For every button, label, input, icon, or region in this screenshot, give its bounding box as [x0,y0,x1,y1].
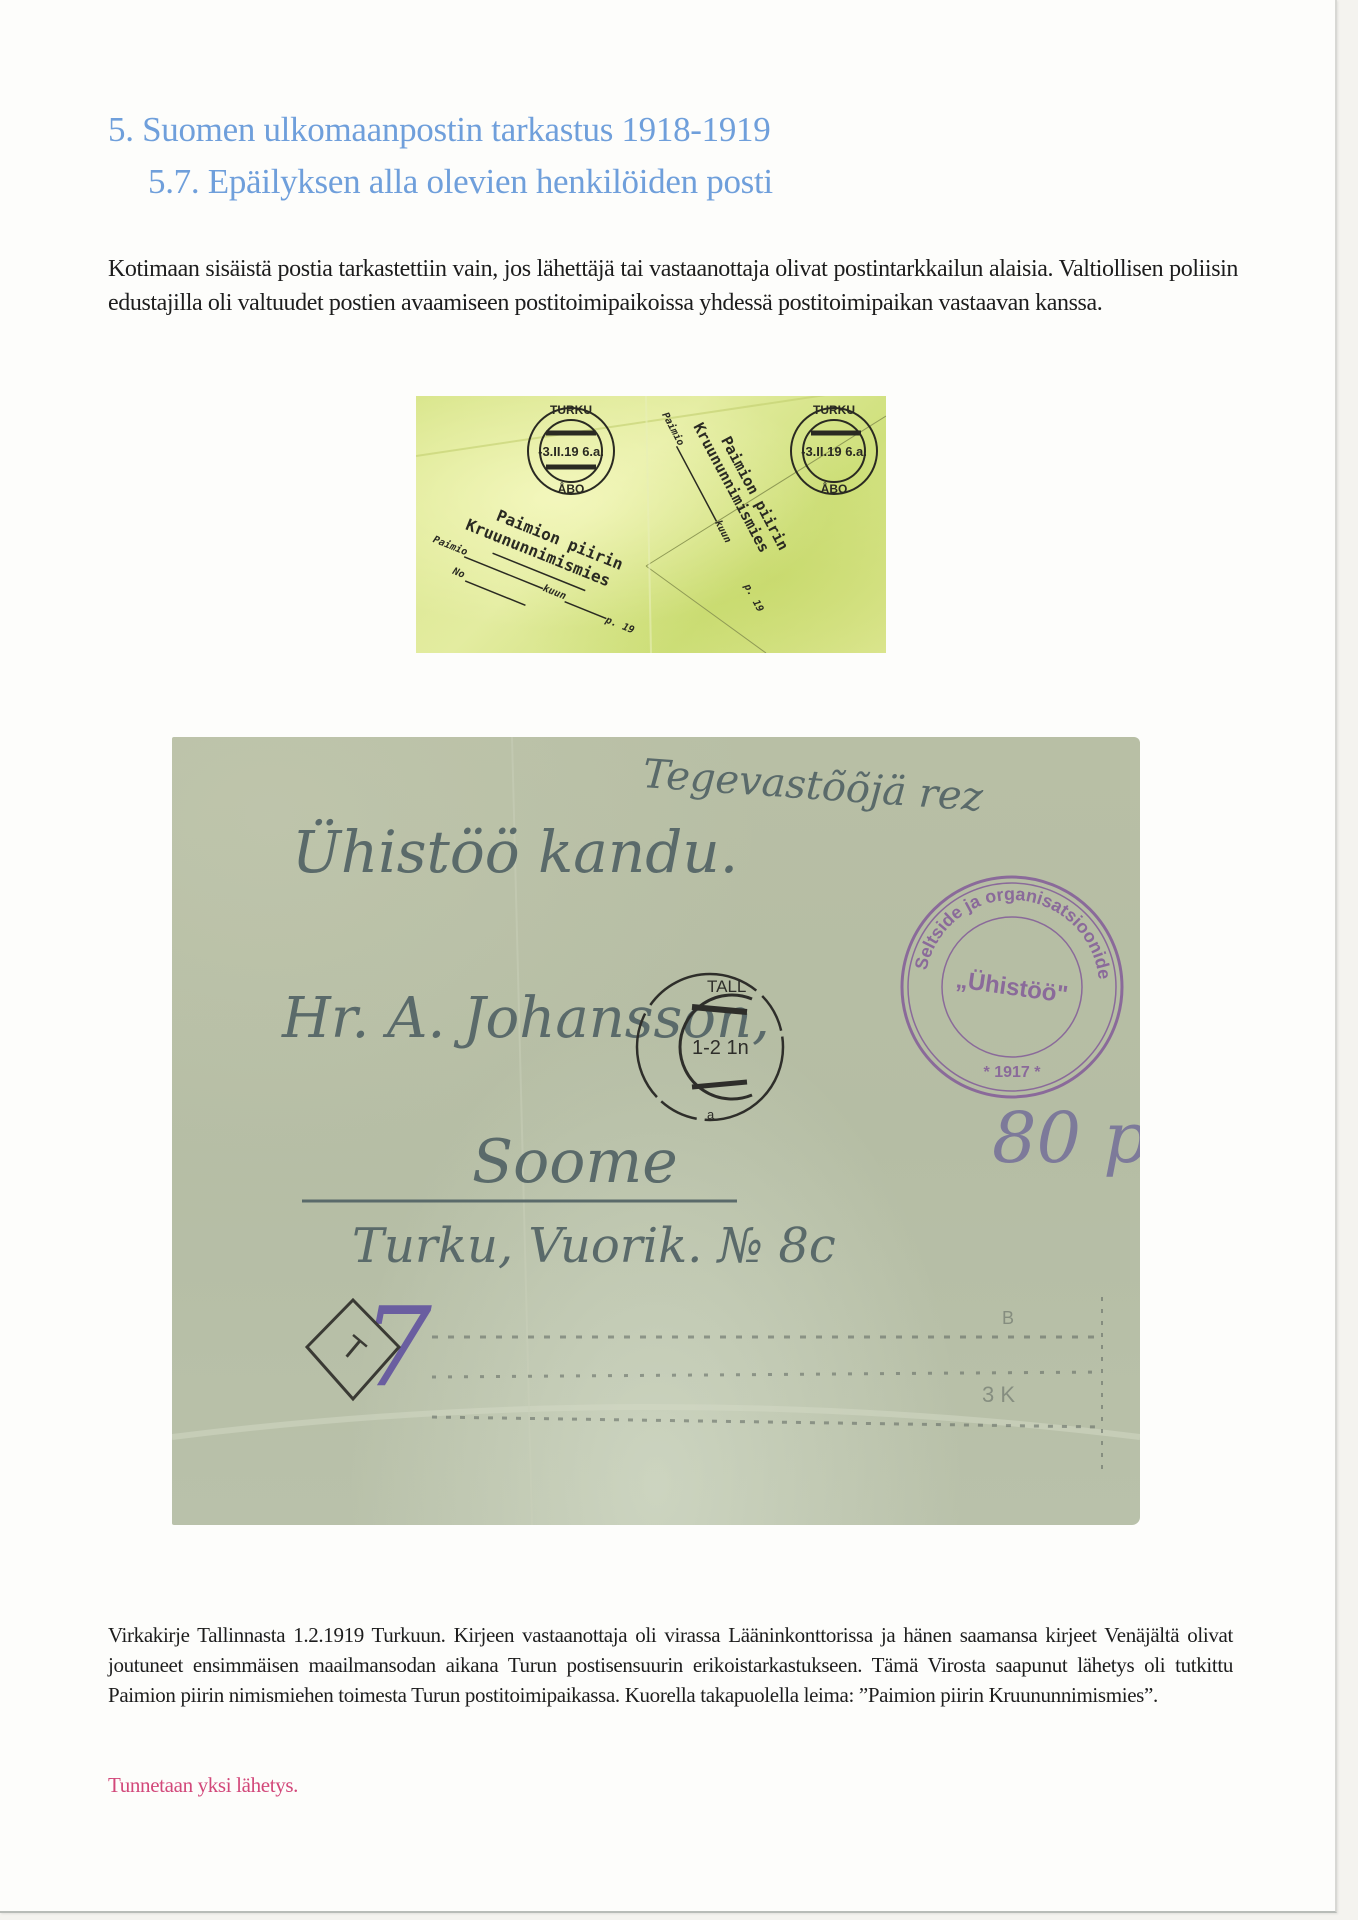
svg-text:p. 19: p. 19 [741,581,765,614]
svg-text:3 K: 3 K [982,1382,1015,1407]
postmark-right-icon: -3.II.19 6.a. TURKU ÅBO [791,403,877,496]
svg-text:a: a [707,1107,715,1122]
envelope-back-markings: -3.II.19 6.a. TURKU ÅBO -3.II.19 6.a. TU… [416,396,886,653]
handwriting-top-right: Tegevastõõjä rez [641,751,985,821]
svg-text:TURKU: TURKU [550,403,592,417]
handwriting-line-4: Turku, Vuorik. № 8c [352,1218,836,1274]
svg-text:ÅBO: ÅBO [821,481,848,496]
svg-text:B: B [1002,1308,1014,1328]
svg-text:-3.II.19 6.a.: -3.II.19 6.a. [801,444,867,459]
svg-text:Paimio: Paimio [431,533,469,558]
svg-text:p. 19: p. 19 [603,614,636,636]
caption-note: Tunnetaan yksi lähetys. [108,1770,298,1800]
svg-text:* 1917 *: * 1917 * [984,1064,1042,1081]
envelope-front-markings: Tegevastõõjä rez Ühistöö kandu. Hr. A. J… [172,737,1140,1525]
page-subtitle: 5.7. Epäilyksen alla olevien henkilöiden… [148,162,773,202]
exhibit-page: 5. Suomen ulkomaanpostin tarkastus 1918-… [0,0,1337,1913]
cachet-right-icon: Paimion piirin Kruununnimismies Paimio k… [652,396,813,614]
envelope-front-image: Tegevastõõjä rez Ühistöö kandu. Hr. A. J… [172,737,1140,1525]
svg-text:TURKU: TURKU [813,403,855,417]
svg-text:kuun: kuun [712,519,733,545]
faint-printed-marks: B 3 K [432,1297,1102,1477]
svg-text:kuun: kuun [541,583,567,602]
caption-paragraph: Virkakirje Tallinnasta 1.2.1919 Turkuun.… [108,1620,1233,1710]
svg-text:1-2 1n: 1-2 1n [692,1037,749,1059]
svg-text:„Ühistöö": „Ühistöö" [954,966,1069,1008]
postmark-left-icon: -3.II.19 6.a. TURKU ÅBO [528,403,614,496]
intro-paragraph: Kotimaan sisäistä postia tarkastettiin v… [108,252,1238,320]
handwriting-line-3: Soome [472,1127,678,1197]
svg-text:No: No [450,566,466,581]
envelope-back-image: -3.II.19 6.a. TURKU ÅBO -3.II.19 6.a. TU… [416,396,886,653]
page-title: 5. Suomen ulkomaanpostin tarkastus 1918-… [108,110,770,150]
svg-text:-3.II.19 6.a.: -3.II.19 6.a. [538,444,604,459]
svg-text:ÅBO: ÅBO [558,481,585,496]
svg-text:TALL: TALL [707,977,746,996]
handwriting-line-1: Ühistöö kandu. [292,818,738,886]
handwriting-fee: 80 p [992,1097,1140,1179]
cachet-left-icon: Paimion piirin Kruununnimismies Paimio k… [423,487,659,647]
violet-stamp-icon: Seltside ja organisatsioonide „Ühistöö" … [902,877,1122,1097]
svg-text:Seltside ja organisatsioonide: Seltside ja organisatsioonide [911,884,1115,981]
